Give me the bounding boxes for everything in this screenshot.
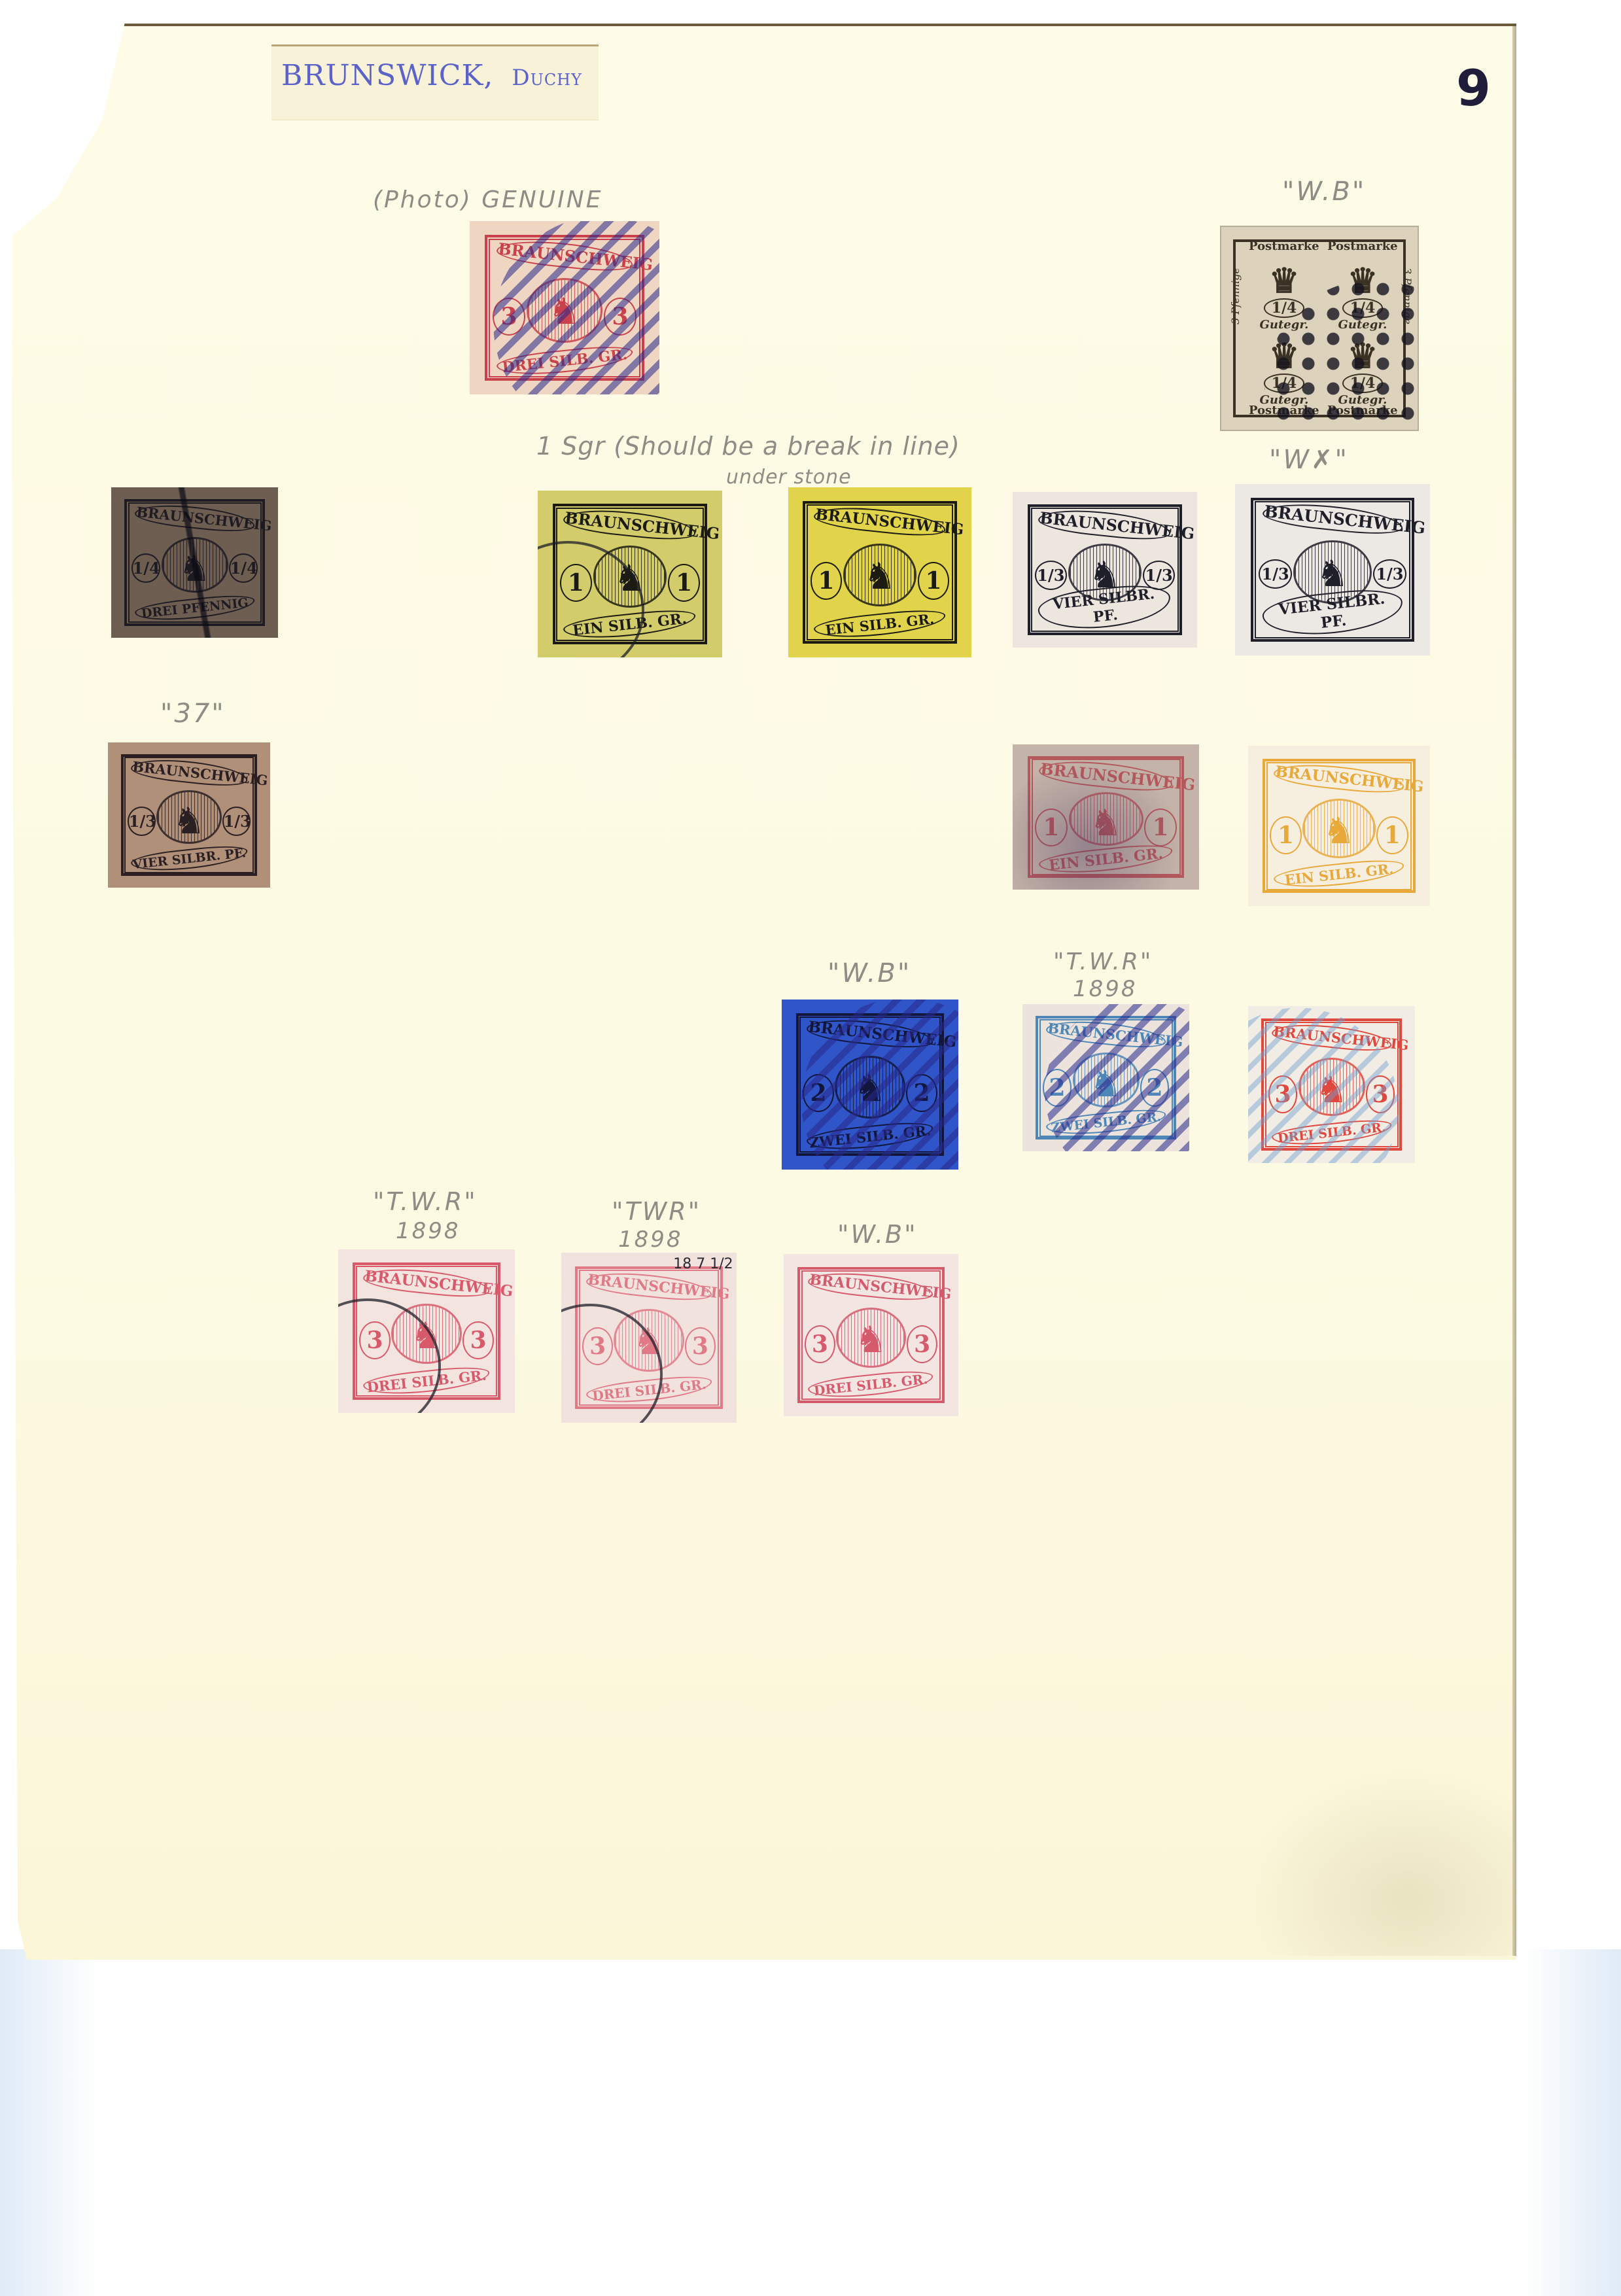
stamp-3-s16[interactable]: BRAUNSCHWEIG♞33DREI SILB. GR. [784,1254,958,1416]
block-value: 1/4 [1264,298,1305,318]
stamp-value-right: 3 [1366,1075,1395,1113]
stamp-value-left: 3 [493,298,525,336]
block-value: 1/4 [1342,298,1384,318]
stamp-2-s11[interactable]: BRAUNSCHWEIG♞22ZWEI SILB. GR. [782,1000,958,1170]
note-genuine: (Photo) GENUINE [373,186,602,213]
note-wb-red: "W.B" [837,1220,918,1249]
stamp-1-s10[interactable]: BRAUNSCHWEIG♞11EIN SILB. GR. [1248,746,1430,906]
stamp-value-right: 1 [1144,809,1177,846]
page-number: 9 [1456,59,1491,117]
stamp-value-left: 2 [1043,1069,1072,1107]
block-header: Postmarke [1249,239,1319,253]
stamp-value-right: 3 [907,1325,937,1363]
block-side-text: 3 Pfennige [1229,268,1242,324]
stamp-value-right: 3 [604,298,636,336]
stamp-value-right: 1 [1376,816,1408,854]
scanner-background [0,1949,1621,2296]
stamp-1-s4[interactable]: BRAUNSCHWEIG♞11EIN SILB. GR. [538,491,722,657]
block-value: 1/4 [1342,374,1384,393]
stamp-value-left: 2 [803,1074,833,1112]
stamp-value-right: 1/3 [222,807,251,836]
stamp-3-s15[interactable]: BRAUNSCHWEIG♞33DREI SILB. GR.18 7 1/2 [561,1253,737,1423]
stamp-value-right: 2 [1140,1069,1170,1107]
note-twr-red1-year: 1898 [396,1218,461,1244]
block-unit: Gutegr. [1338,393,1387,407]
note-under-stone: under stone [726,466,852,489]
stamp-value-left: 1/3 [1035,561,1067,590]
stamp-value-right: 3 [462,1321,493,1359]
stamp-1-s9[interactable]: BRAUNSCHWEIG♞11EIN SILB. GR. [1013,744,1199,890]
note-one-sgr: 1 Sgr (Should be a break in line) [536,432,960,461]
stamp-value-right: 3 [685,1327,716,1365]
country-name: BRUNSWICK, [281,59,493,92]
stamp-3-s1[interactable]: BRAUNSCHWEIG♞33DREI SILB. GR. [470,221,659,394]
stamp-1-3-s7[interactable]: BRAUNSCHWEIG♞1/31/3VIER SILBR. PF. [1235,484,1430,655]
stamp-1-3-s8[interactable]: BRAUNSCHWEIG♞1/31/3VIER SILBR. PF. [108,742,270,888]
note-twr-red2: "TWR" [612,1197,701,1226]
country-subtitle: Duchy [512,65,582,91]
stamp-value-left: 3 [805,1325,835,1363]
stamp-value-right: 1 [668,564,700,602]
crown-icon: ♛ [1269,264,1300,298]
block-value: 1/4 [1264,374,1305,393]
stamp-block-of-four[interactable]: Postmarke Postmarke Postmarke Postmarke … [1220,226,1419,431]
stamp-value-left: 1 [1270,816,1301,854]
stamp-value-right: 1/3 [1373,559,1407,589]
note-37: "37" [160,699,226,729]
page-edge [1512,26,1516,1956]
note-wb-top: "W.B" [1282,177,1366,207]
crown-icon: ♛ [1348,264,1378,298]
block-unit: Gutegr. [1260,393,1309,407]
page-stain [1243,1766,1518,1956]
note-wb-blue: "W.B" [828,958,911,988]
stamp-3-s13[interactable]: BRAUNSCHWEIG♞33DREI SILB. GR. [1248,1006,1415,1163]
stamp-value-left: 1 [1035,809,1068,846]
stamp-1-3-s6[interactable]: BRAUNSCHWEIG♞1/31/3VIER SILBR. PF. [1013,492,1197,648]
stamp-value-left: 3 [1268,1075,1298,1113]
crown-icon: ♛ [1348,339,1378,374]
postmark-date: 18 7 1/2 [673,1256,733,1272]
note-wx: "W✗" [1269,445,1349,475]
note-twr-red1: "T.W.R" [373,1187,478,1216]
stamp-value-left: 3 [359,1321,390,1359]
note-twr-blue-year: 1898 [1073,976,1138,1002]
header-label: BRUNSWICK,Duchy [281,59,582,92]
block-header: Postmarke [1327,239,1398,253]
stamp-1-s5[interactable]: BRAUNSCHWEIG♞11EIN SILB. GR. [788,487,971,657]
stamp-1-4-s3[interactable]: BRAUNSCHWEIG♞1/41/4DREI PFENNIG [111,487,278,638]
stamp-3-s14[interactable]: BRAUNSCHWEIG♞33DREI SILB. GR. [338,1249,515,1413]
stamp-value-left: 1 [560,564,592,602]
note-twr-blue: "T.W.R" [1053,948,1153,975]
stamp-2-s12[interactable]: BRAUNSCHWEIG♞22ZWEI SILB. GR. [1022,1004,1189,1151]
note-twr-red2-year: 1898 [618,1226,683,1253]
stamp-value-left: 1/3 [128,807,156,836]
crown-icon: ♛ [1269,339,1300,374]
stamp-value-right: 2 [906,1074,937,1112]
